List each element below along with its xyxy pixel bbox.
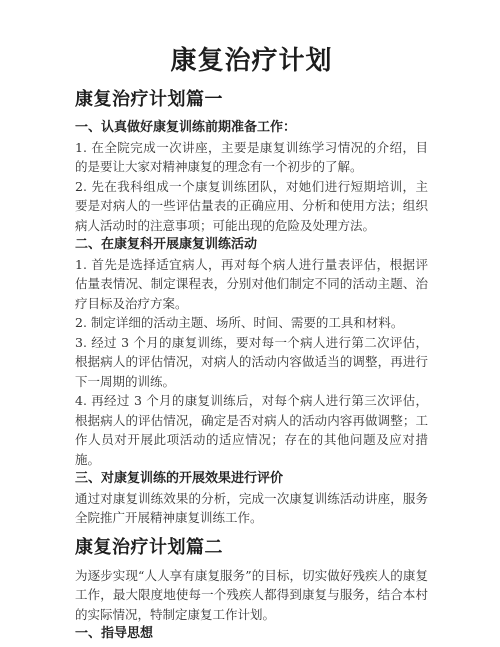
subheading-guiding-ideology: 一、指导思想 — [75, 624, 428, 644]
section-one-heading: 康复治疗计划篇一 — [75, 88, 428, 112]
document-page: { "doc": { "title": "康复治疗计划", "sections"… — [0, 0, 500, 647]
section-part-one: 康复治疗计划篇一 一、认真做好康复训练前期准备工作： 1. 在全院完成一次讲座，… — [75, 88, 428, 528]
paragraph-second-assessment: 3. 经过 3 个月的康复训练，要对每一个病人进行第二次评估，根据病人的评估情况… — [75, 333, 428, 392]
subheading-carry-out-training: 二、在康复科开展康复训练活动 — [75, 235, 428, 255]
paragraph-third-assessment: 4. 再经过 3 个月的康复训练后，对每个病人进行第三次评估，根据病人的评估情况… — [75, 391, 428, 469]
document-title: 康复治疗计划 — [75, 44, 428, 78]
paragraph-activity-plan: 2. 制定详细的活动主题、场所、时间、需要的工具和材料。 — [75, 313, 428, 333]
section-part-two: 康复治疗计划篇二 为逐步实现“人人享有康复服务”的目标，切实做好残疾人的康复工作… — [75, 536, 428, 644]
subheading-prep-work: 一、认真做好康复训练前期准备工作： — [75, 118, 428, 138]
paragraph-lecture: 1. 在全院完成一次讲座，主要是康复训练学习情况的介绍，目的是要让大家对精神康复… — [75, 138, 428, 177]
paragraph-promotion: 通过对康复训练效果的分析，完成一次康复训练活动讲座，服务全院推广开展精神康复训练… — [75, 489, 428, 528]
paragraph-select-patients: 1. 首先是选择适宜病人，再对每个病人进行量表评估，根据评估量表情况、制定课程表… — [75, 255, 428, 314]
subheading-effect-evaluation: 三、对康复训练的开展效果进行评价 — [75, 469, 428, 489]
section-two-heading: 康复治疗计划篇二 — [75, 536, 428, 560]
paragraph-village-plan: 为逐步实现“人人享有康复服务”的目标，切实做好残疾人的康复工作，最大限度地使每一… — [75, 566, 428, 625]
document: 康复治疗计划 康复治疗计划篇一 一、认真做好康复训练前期准备工作： 1. 在全院… — [0, 0, 500, 644]
paragraph-team-training: 2. 先在我科组成一个康复训练团队，对她们进行短期培训，主要是对病人的一些评估量… — [75, 177, 428, 236]
